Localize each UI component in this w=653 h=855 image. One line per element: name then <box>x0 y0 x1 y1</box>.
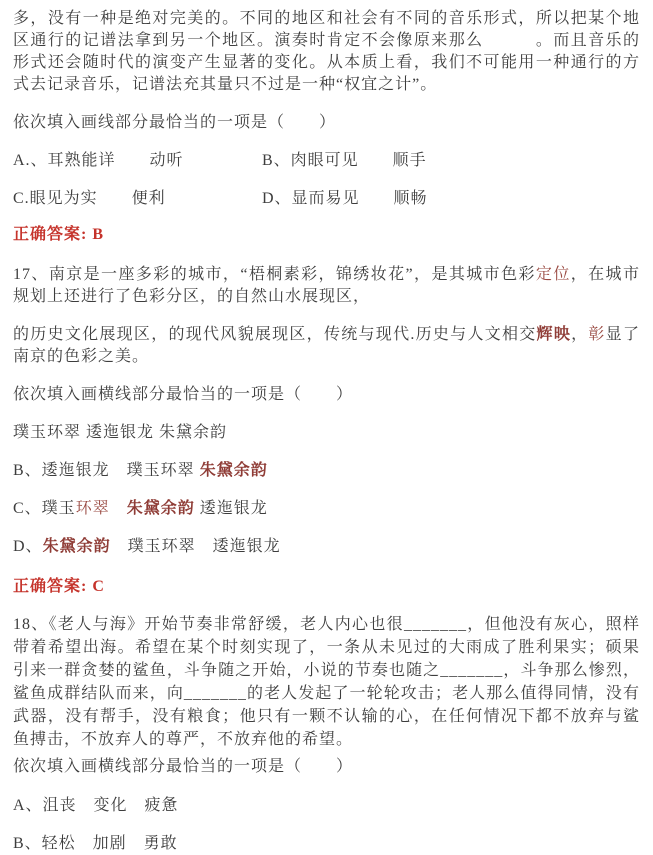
q17-highlight-zhang: 彰 <box>588 326 605 343</box>
question-17-prompt: 依次填入画横线部分最恰当的一项是（ ） <box>13 384 640 406</box>
exam-document-page: 多，没有一种是绝对完美的。不同的地区和社会有不同的音乐形式，所以把某个地区通行的… <box>0 0 653 855</box>
q17-option-b-highlight: 朱黛余韵 <box>200 462 268 479</box>
q17-highlight-huiying: 辉映 <box>537 326 572 343</box>
question-17-passage-part2: 的历史文化展现区，的现代风貌展现区，传统与现代.历史与人文相交辉映，彰显了南京的… <box>13 324 640 368</box>
question-16-correct-answer: 正确答案: B <box>13 224 640 246</box>
q17-option-d-text: D、 <box>13 538 43 555</box>
q17-text-segment: 17、南京是一座多彩的城市，“梧桐素彩，锦绣妆花”，是其城市色彩 <box>13 266 536 283</box>
question-16-option-b: B、肉眼可见 顺手 <box>262 150 640 172</box>
question-16-option-c: C.眼见为实 便利 <box>13 188 262 210</box>
question-17-option-a: 璞玉环翠 逶迤银龙 朱黛余韵 <box>13 422 640 444</box>
question-17-passage-part1: 17、南京是一座多彩的城市，“梧桐素彩，锦绣妆花”，是其城市色彩定位，在城市规划… <box>13 264 640 308</box>
question-17-option-c: C、璞玉环翠 朱黛余韵 逶迤银龙 <box>13 498 640 520</box>
question-16-options: A.、耳熟能详 动听 B、肉眼可见 顺手 C.眼见为实 便利 D、显而易见 顺畅 <box>13 150 640 210</box>
question-16-prompt: 依次填入画线部分最恰当的一项是（ ） <box>13 112 640 134</box>
q17-option-c-spacer <box>110 500 127 517</box>
q17-highlight-dingwei: 定位 <box>536 266 571 283</box>
q17-option-c-text: C、璞玉 <box>13 500 76 517</box>
q17-option-c-text: 逶迤银龙 <box>195 500 268 517</box>
q17-option-c-highlight-zhudai: 朱黛余韵 <box>127 500 195 517</box>
q17-text-segment: ， <box>571 326 588 343</box>
q17-text-segment: 的历史文化展现区，的现代风貌展现区，传统与现代.历史与人文相交 <box>13 326 537 343</box>
q17-option-b-text: B、逶迤银龙 璞玉环翠 <box>13 462 200 479</box>
q17-option-d-highlight: 朱黛余韵 <box>43 538 111 555</box>
q17-option-d-text: 璞玉环翠 逶迤银龙 <box>111 538 281 555</box>
question-17-option-b: B、逶迤银龙 璞玉环翠 朱黛余韵 <box>13 460 640 482</box>
question-16-option-a: A.、耳熟能详 动听 <box>13 150 262 172</box>
question-17-option-d: D、朱黛余韵 璞玉环翠 逶迤银龙 <box>13 536 640 558</box>
q17-option-c-highlight-huancui: 环翠 <box>76 500 110 517</box>
question-18-prompt: 依次填入画横线部分最恰当的一项是（ ） <box>13 756 640 778</box>
question-16-option-d: D、显而易见 顺畅 <box>262 188 640 210</box>
question-17-correct-answer: 正确答案: C <box>13 576 640 598</box>
question-18-option-b: B、轻松 加剧 勇敢 <box>13 833 640 855</box>
question-16-passage: 多，没有一种是绝对完美的。不同的地区和社会有不同的音乐形式，所以把某个地区通行的… <box>13 8 640 96</box>
question-18-passage: 18、《老人与海》开始节奏非常舒缓，老人内心也很_______，但他没有灰心，照… <box>13 613 640 751</box>
question-18-option-a: A、沮丧 变化 疲惫 <box>13 795 640 817</box>
